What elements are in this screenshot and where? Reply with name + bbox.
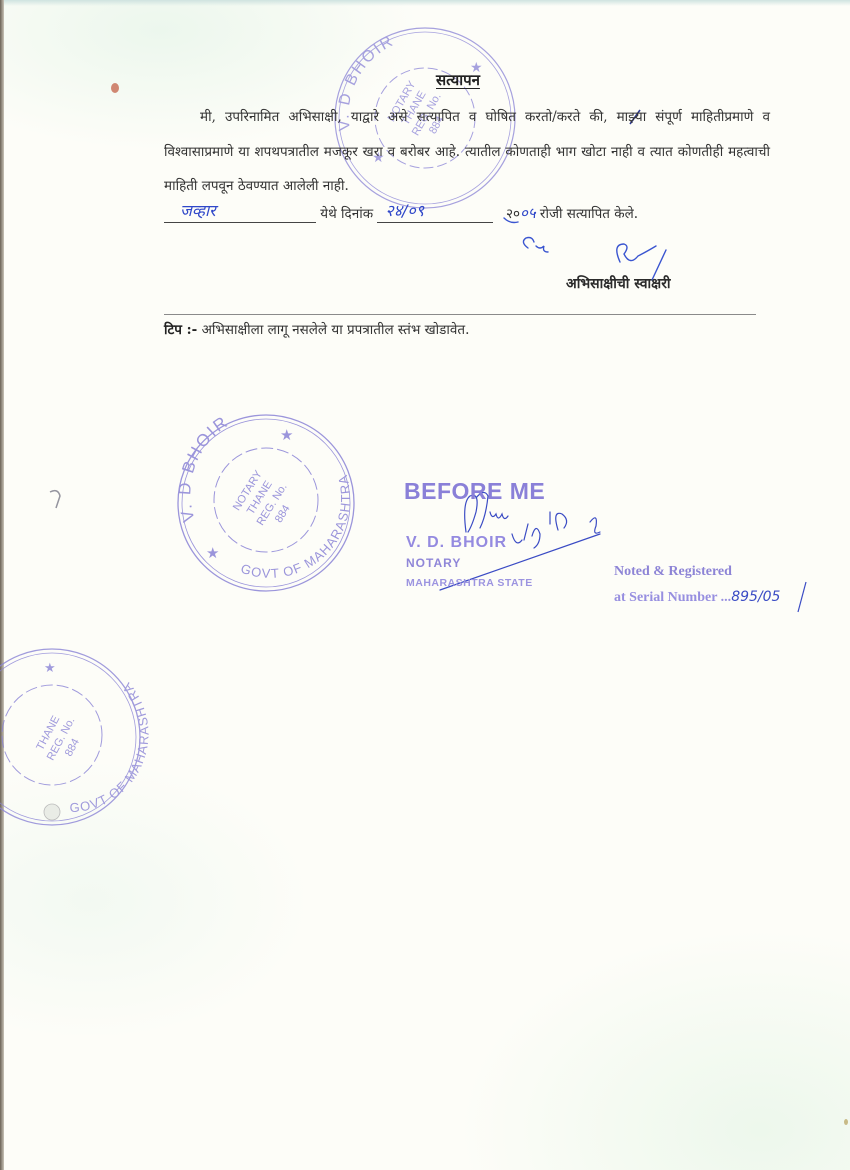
- year-prefix-text: २०: [506, 206, 520, 222]
- notary-name: V. D. BHOIR: [406, 534, 507, 552]
- footnote-text: अभिसाक्षीला लागू नसलेले या प्रपत्रातील स…: [202, 322, 470, 338]
- serial-handwritten-value: 895/05: [731, 589, 780, 605]
- notary-state: MAHARASHTRA STATE: [406, 577, 533, 589]
- place-field: जव्हार: [164, 204, 316, 223]
- registration-stamp-line1: Noted & Registered: [614, 564, 732, 580]
- section-divider: [164, 314, 756, 315]
- before-me-stamp-heading: BEFORE ME: [404, 478, 545, 505]
- scan-left-edge: [0, 0, 4, 1170]
- verification-paragraph-text: मी, उपरिनामित अभिसाक्षी, याद्वारे असे सत…: [164, 109, 770, 194]
- registration-stamp-line2: at Serial Number ...895/05: [614, 589, 780, 606]
- notary-title: NOTARY: [406, 556, 461, 570]
- deponent-signature-label: अभिसाक्षीची स्वाक्षरी: [566, 274, 671, 293]
- date-handwritten-value: २४/०९: [385, 199, 424, 221]
- scan-top-edge: [0, 0, 850, 6]
- place-handwritten-value: जव्हार: [180, 199, 216, 221]
- footnote-label: टिप :-: [164, 322, 197, 338]
- year-handwritten-value: ०५: [520, 204, 536, 222]
- verification-suffix-text: रोजी सत्यापित केले.: [540, 206, 638, 222]
- serial-label: at Serial Number ...: [614, 590, 731, 605]
- date-field: २४/०९: [377, 204, 493, 223]
- verification-paragraph: मी, उपरिनामित अभिसाक्षी, याद्वारे असे सत…: [164, 100, 770, 204]
- place-suffix-text: येथे दिनांक: [320, 206, 373, 222]
- page-title: सत्यापन: [436, 70, 480, 90]
- verification-line: जव्हार येथे दिनांक २४/०९ २००५ रोजी सत्या…: [164, 203, 638, 223]
- footnote: टिप :- अभिसाक्षीला लागू नसलेले या प्रपत्…: [164, 320, 469, 338]
